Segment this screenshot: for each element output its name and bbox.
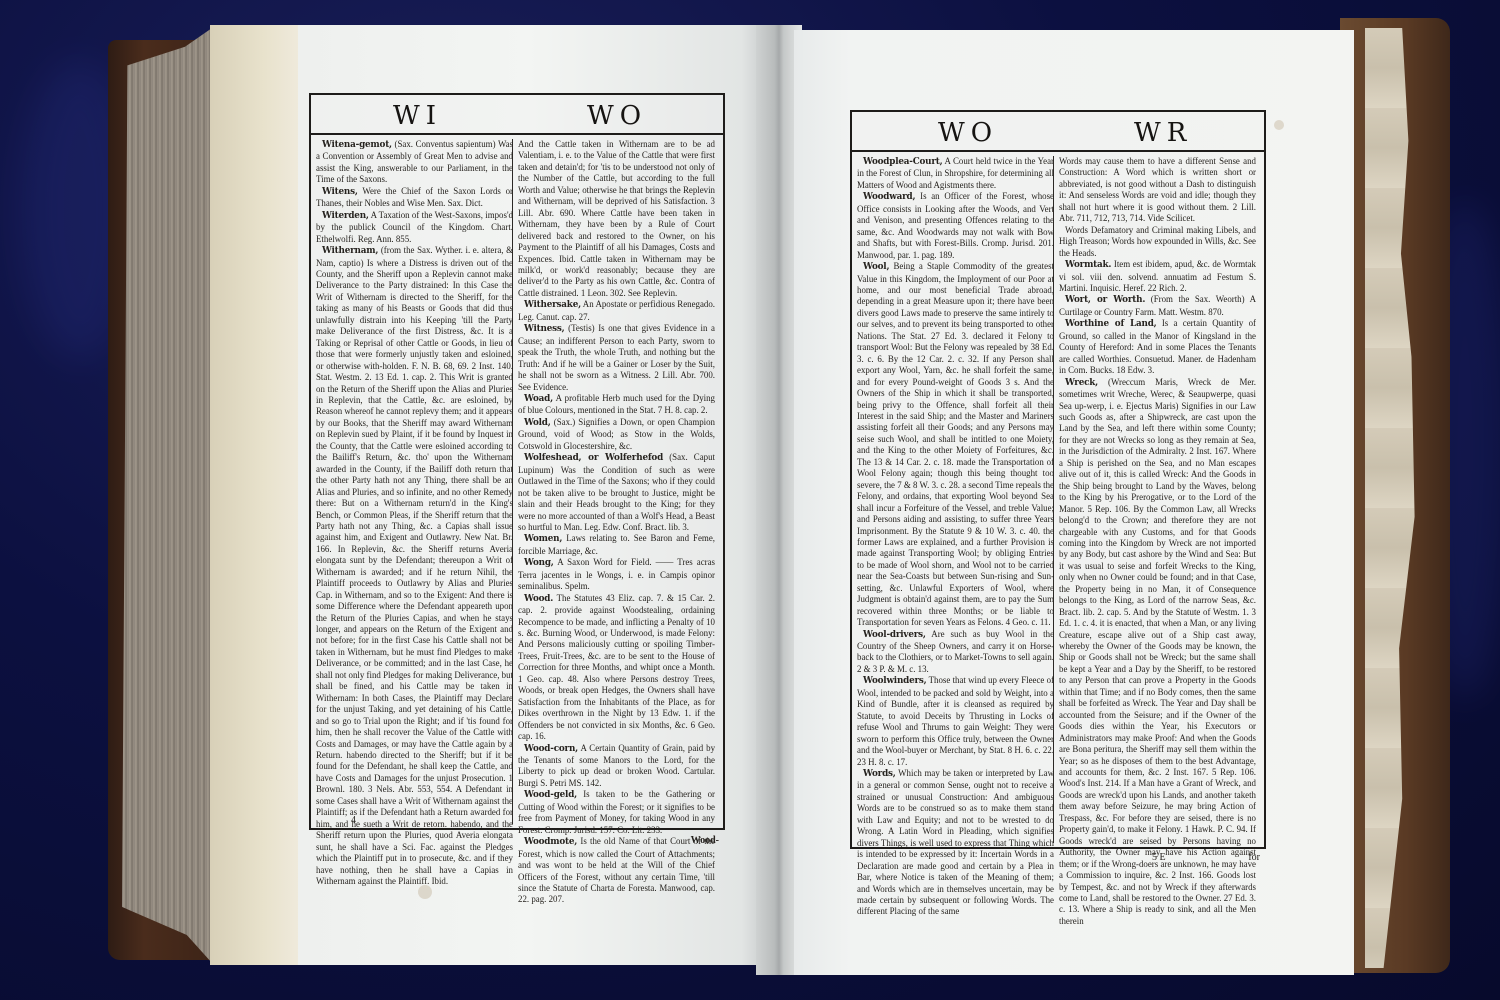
dictionary-entry: Wood-geld, Is taken to be the Gathering … bbox=[518, 789, 715, 836]
dictionary-entry: Witerden, A Taxation of the West-Saxons,… bbox=[316, 210, 513, 245]
entry-text: Being a Staple Commodity of the greatest… bbox=[857, 261, 1054, 627]
dictionary-entry: Woodward, Is an Officer of the Forest, w… bbox=[857, 191, 1054, 261]
headword: Wool, bbox=[863, 262, 889, 272]
dictionary-entry: Wool-drivers, Are such as buy Wool in th… bbox=[857, 629, 1054, 676]
headword: Witena-gemot, bbox=[322, 140, 392, 150]
catchword: for bbox=[1248, 852, 1260, 863]
entry-text: Words may cause them to have a different… bbox=[1059, 156, 1256, 223]
running-head: WI WO bbox=[311, 99, 723, 135]
signature-mark: 4 bbox=[351, 815, 356, 826]
headword: Wolfeshead, or Wolferhefod bbox=[524, 453, 663, 463]
headword: Wold, bbox=[524, 418, 551, 428]
column-1: Woodplea-Court, A Court held twice in th… bbox=[857, 156, 1054, 918]
entry-text: (from the Sax. Wyther. i. e. altera, & N… bbox=[316, 245, 513, 886]
headword: Wong, bbox=[524, 558, 554, 568]
dictionary-entry: Wolfeshead, or Wolferhefod (Sax. Caput L… bbox=[518, 452, 715, 533]
entry-text: Words Defamatory and Criminal making Lib… bbox=[1059, 225, 1256, 258]
entry-text: (Wreccum Maris, Wreck de Mer. sometimes … bbox=[1059, 377, 1256, 926]
headword: Wreck, bbox=[1065, 378, 1098, 388]
dictionary-entry: Wood. The Statutes 43 Eliz. cap. 7. & 15… bbox=[518, 593, 715, 743]
headword: Wool-drivers, bbox=[863, 630, 926, 640]
dictionary-entry: Wreck, (Wreccum Maris, Wreck de Mer. som… bbox=[1059, 377, 1256, 928]
dictionary-entry: Witness, (Testis) Is one that gives Evid… bbox=[518, 323, 715, 393]
dictionary-entry: Witens, Were the Chief of the Saxon Lord… bbox=[316, 186, 513, 210]
headword: Wood-corn, bbox=[524, 744, 578, 754]
headword: Woodmote, bbox=[524, 837, 577, 847]
running-head-right: WO bbox=[587, 101, 647, 131]
headword: Wood. bbox=[524, 594, 553, 604]
running-head-right: WR bbox=[1134, 118, 1192, 148]
headword: Withernam, bbox=[322, 246, 378, 256]
dictionary-entry: Women, Laws relating to. See Baron and F… bbox=[518, 533, 715, 557]
headword: Wormtak. bbox=[1065, 260, 1111, 270]
headword: Withersake, bbox=[524, 300, 581, 310]
dictionary-entry: Words may cause them to have a different… bbox=[1059, 156, 1256, 225]
right-text-block: WO WR Woodplea-Court, A Court held twice… bbox=[850, 110, 1266, 849]
headword: Worthine of Land, bbox=[1065, 319, 1157, 329]
running-head-left: WO bbox=[938, 118, 998, 148]
dictionary-entry: And the Cattle taken in Withernam are to… bbox=[518, 139, 715, 299]
headword: Words, bbox=[863, 769, 896, 779]
signature-mark: 5 E bbox=[1152, 852, 1166, 863]
left-text-block: WI WO Witena-gemot, (Sax. Conventus sapi… bbox=[309, 93, 725, 830]
headword: Woolwinders, bbox=[863, 676, 927, 686]
page-edges bbox=[122, 28, 212, 963]
dictionary-entry: Witena-gemot, (Sax. Conventus sapientum)… bbox=[316, 139, 513, 186]
dictionary-entry: Words Defamatory and Criminal making Lib… bbox=[1059, 225, 1256, 259]
dictionary-entry: Wold, (Sax.) Signifies a Down, or open C… bbox=[518, 417, 715, 452]
foxing-stain bbox=[1274, 120, 1284, 130]
entry-text: Which may be taken or interpreted by Law… bbox=[857, 768, 1054, 916]
headword: Witens, bbox=[322, 187, 358, 197]
dictionary-entry: Woodmote, Is the old Name of that Court … bbox=[518, 836, 715, 906]
dictionary-entry: Wormtak. Item est ibidem, apud, &c. de W… bbox=[1059, 259, 1256, 294]
dictionary-entry: Wort, or Worth. (From the Sax. Weorth) A… bbox=[1059, 294, 1256, 318]
left-page-margin bbox=[210, 25, 300, 965]
running-head-left: WI bbox=[393, 101, 442, 131]
dictionary-entry: Wong, A Saxon Word for Field. —— Tres ac… bbox=[518, 557, 715, 592]
entry-text: (Sax. Caput Lupinum) Was the Condition o… bbox=[518, 452, 715, 532]
dictionary-entry: Wood-corn, A Certain Quantity of Grain, … bbox=[518, 743, 715, 790]
dictionary-entry: Wool, Being a Staple Commodity of the gr… bbox=[857, 261, 1054, 629]
headword: Women, bbox=[524, 534, 562, 544]
headword: Wood-geld, bbox=[524, 790, 577, 800]
running-head: WO WR bbox=[852, 116, 1264, 152]
dictionary-entry: Worthine of Land, Is a certain Quantity … bbox=[1059, 318, 1256, 376]
entry-text: Those that wind up every Fleece of Wool,… bbox=[857, 675, 1054, 766]
headword: Woodward, bbox=[863, 192, 915, 202]
dictionary-entry: Woad, A profitable Herb much used for th… bbox=[518, 393, 715, 417]
headword: Witness, bbox=[524, 324, 565, 334]
headword: Woad, bbox=[524, 394, 553, 404]
dictionary-entry: Woolwinders, Those that wind up every Fl… bbox=[857, 675, 1054, 768]
headword: Wort, or Worth. bbox=[1065, 295, 1145, 305]
column-1: Witena-gemot, (Sax. Conventus sapientum)… bbox=[316, 139, 513, 887]
column-2: Words may cause them to have a different… bbox=[1059, 156, 1256, 927]
dictionary-entry: Woodplea-Court, A Court held twice in th… bbox=[857, 156, 1054, 191]
catchword: Wood- bbox=[691, 835, 719, 846]
column-2: And the Cattle taken in Withernam are to… bbox=[518, 139, 715, 906]
headword: Woodplea-Court, bbox=[863, 157, 943, 167]
headword: Witerden, bbox=[322, 211, 369, 221]
entry-text: And the Cattle taken in Withernam are to… bbox=[518, 139, 715, 298]
dictionary-entry: Words, Which may be taken or interpreted… bbox=[857, 768, 1054, 918]
entry-text: The Statutes 43 Eliz. cap. 7. & 15 Car. … bbox=[518, 593, 715, 741]
dictionary-entry: Withernam, (from the Sax. Wyther. i. e. … bbox=[316, 245, 513, 887]
dictionary-entry: Withersake, An Apostate or perfidious Re… bbox=[518, 299, 715, 323]
